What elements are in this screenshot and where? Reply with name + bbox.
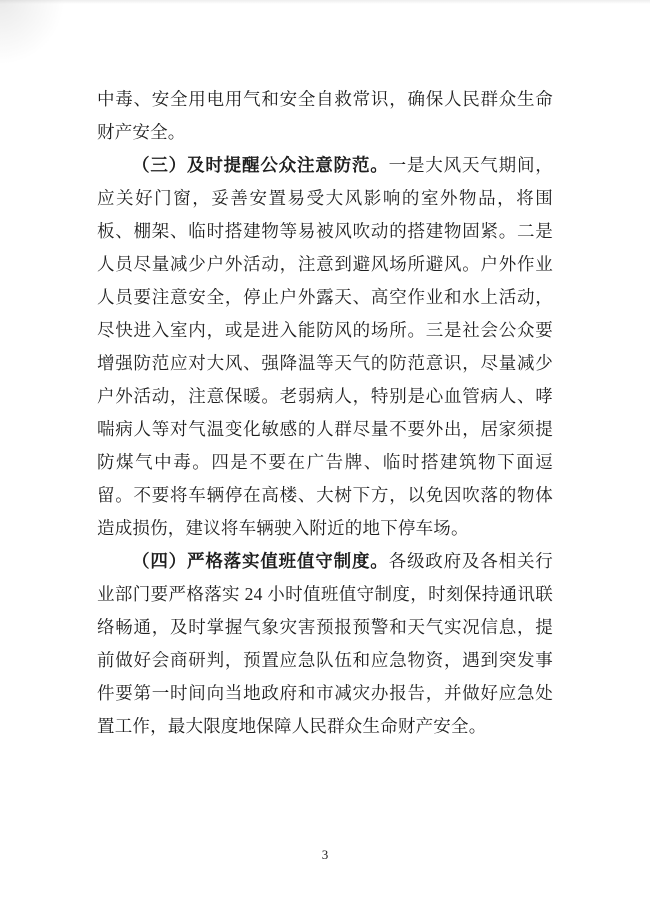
body-text: 一是大风天气期间，应关好门窗，妥善安置易受大风影响的室外物品，将围板、棚架、临时…	[97, 155, 553, 538]
page-number: 3	[0, 847, 650, 863]
paragraph-section-3: （三）及时提醒公众注意防范。一是大风天气期间，应关好门窗，妥善安置易受大风影响的…	[97, 149, 553, 545]
document-page: 中毒、安全用电用气和安全自救常识，确保人民群众生命财产安全。 （三）及时提醒公众…	[0, 0, 650, 919]
paragraph-section-4: （四）严格落实值班值守制度。各级政府及各相关行业部门要严格落实 24 小时值班值…	[97, 545, 553, 743]
body-text: 中毒、安全用电用气和安全自救常识，确保人民群众生命财产安全。	[97, 89, 553, 142]
document-body: 中毒、安全用电用气和安全自救常识，确保人民群众生命财产安全。 （三）及时提醒公众…	[97, 83, 553, 743]
paragraph-continuation: 中毒、安全用电用气和安全自救常识，确保人民群众生命财产安全。	[97, 83, 553, 149]
body-text: 各级政府及各相关行业部门要严格落实 24 小时值班值守制度，时刻保持通讯联络畅通…	[97, 551, 553, 736]
section-4-heading: （四）严格落实值班值守制度。	[132, 551, 389, 571]
section-3-heading: （三）及时提醒公众注意防范。	[132, 155, 389, 175]
